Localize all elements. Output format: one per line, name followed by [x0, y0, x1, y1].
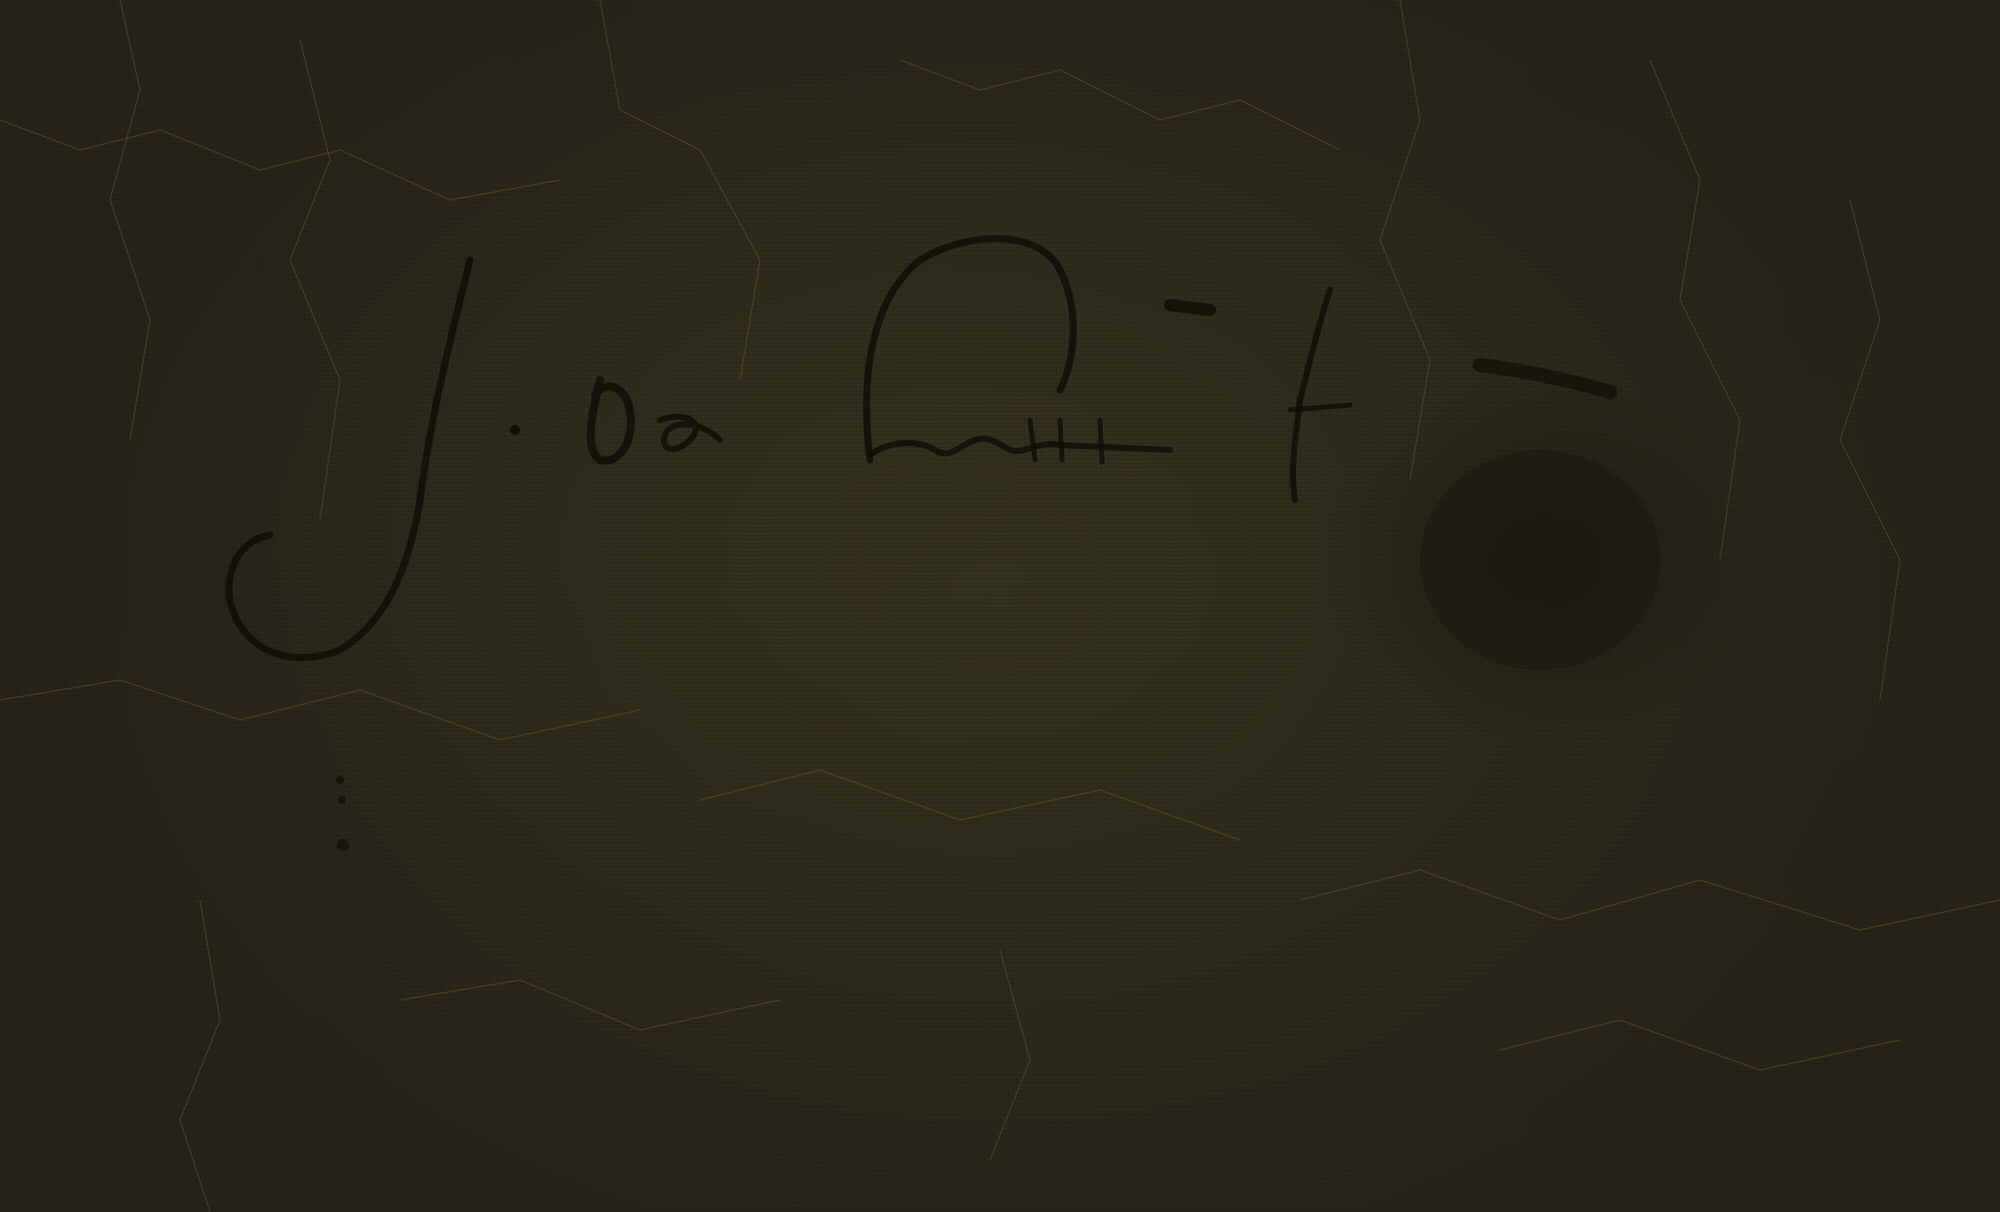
signature-caption: J. De Heem f: [0, 0, 1, 1]
painting-surface: J. De Heem f: [0, 0, 2000, 1212]
artist-signature: [0, 0, 2000, 1212]
